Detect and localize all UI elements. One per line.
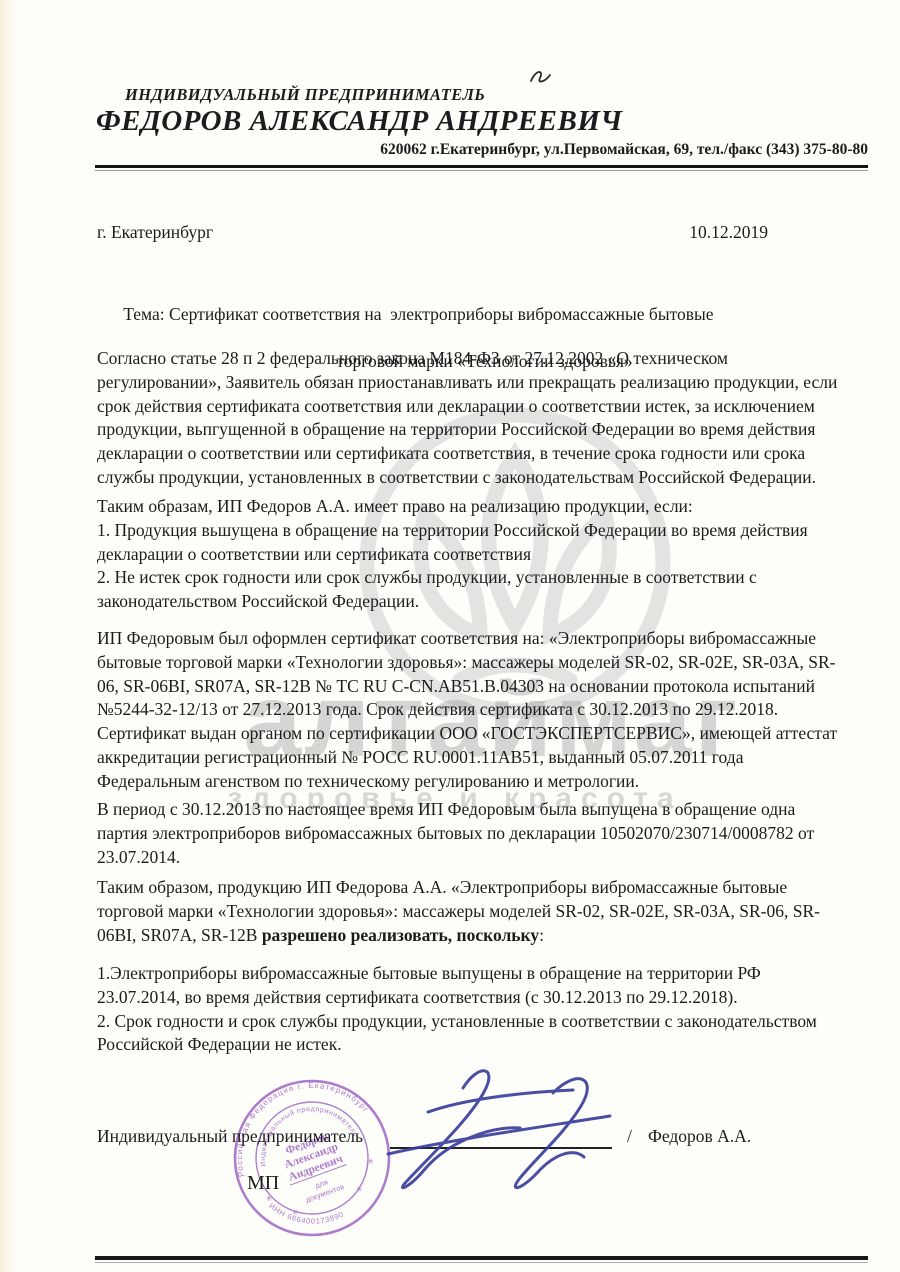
paragraph-declaration-batch: В период с 30.12.2013 по настоящее время… (97, 798, 814, 869)
letterhead-name: ФЕДОРОВ АЛЕКСАНДР АНДРЕЕВИЧ (96, 105, 623, 138)
letterhead-address: 620062 г.Екатеринбург, ул.Первомайская, … (95, 141, 868, 159)
paragraph-reasons-list: 1.Электроприборы вибромассажные бытовые … (97, 962, 817, 1057)
conclusion-bold-text: разрешено реализовать, поскольку (262, 925, 539, 945)
meta-row: г. Екатеринбург 10.12.2019 (97, 221, 868, 245)
svg-text:✳: ✳ (355, 1184, 365, 1195)
paragraph-right-to-sell: Таким образам, ИП Федоров А.А. имеет пра… (97, 495, 808, 614)
paragraph-conclusion: Таким образом, продукцию ИП Федорова А.А… (97, 876, 820, 947)
conclusion-tail: : (539, 925, 544, 945)
meta-city: г. Екатеринбург (97, 221, 213, 245)
letterhead-rule-shadow (95, 170, 868, 171)
page-bottom-rule-shadow (95, 1262, 868, 1263)
paragraph-law-reference: Согласно статье 28 п 2 федерального зако… (97, 347, 837, 490)
handwritten-signature-icon (368, 1056, 630, 1206)
letterhead-rule (95, 165, 868, 168)
page-bottom-rule (95, 1256, 868, 1260)
paragraph-certificate-details: ИП Федоровым был оформлен сертификат соо… (97, 627, 837, 794)
pen-mark-icon (528, 66, 554, 88)
letterhead-pretitle: ИНДИВИДУАЛЬНЫЙ ПРЕДПРИНИМАТЕЛЬ (125, 85, 485, 105)
subject-line1: Тема: Сертификат соответствия на электро… (123, 304, 713, 324)
meta-date: 10.12.2019 (689, 221, 768, 245)
mp-seal-label: МП (247, 1172, 279, 1195)
signatory-name: Федоров А.А. (648, 1126, 751, 1147)
scanned-letter-page: алтаймаг здоровье и красота ИНДИВИДУАЛЬН… (0, 0, 900, 1272)
